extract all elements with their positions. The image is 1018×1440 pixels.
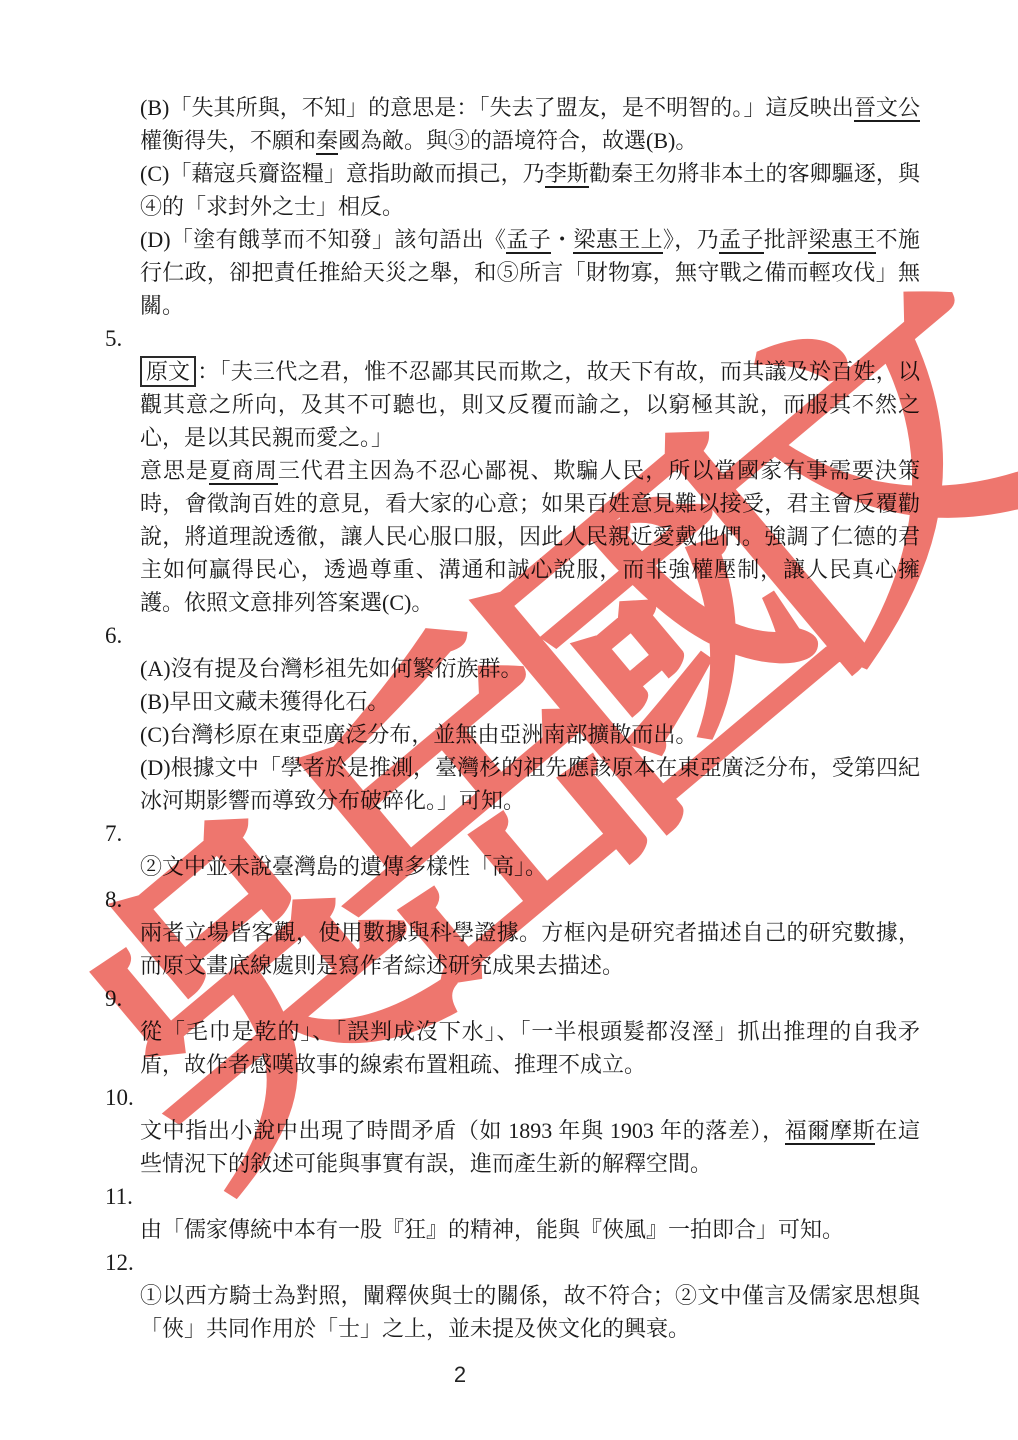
page-number: 2 [0, 1362, 920, 1388]
answer-item-7: 7.②文中並未說臺灣島的遺傳多樣性「高」。 [105, 817, 920, 883]
answer-list: (B)「失其所與，不知」的意思是：「失去了盟友，是不明智的。」這反映出晉文公權衡… [105, 91, 920, 1345]
proper-noun-underlined: 福爾摩斯 [785, 1118, 876, 1145]
text-segment: 從「毛巾是乾的」、「誤判成沒下水」、「一半根頭髮都沒溼」抓出推理的自我矛盾，故作… [140, 1019, 920, 1077]
answer-paragraph: 兩者立場皆客觀，使用數據與科學證據。方框內是研究者描述自己的研究數據，而原文畫底… [140, 916, 920, 982]
text-segment: ・ [551, 227, 573, 252]
item-body: (B)「失其所與，不知」的意思是：「失去了盟友，是不明智的。」這反映出晉文公權衡… [140, 91, 920, 322]
item-number: 9. [105, 982, 920, 1015]
item-body: ①以西方騎士為對照，闡釋俠與士的關係，故不符合；②文中僅言及儒家思想與「俠」共同… [140, 1279, 920, 1345]
answer-paragraph: 從「毛巾是乾的」、「誤判成沒下水」、「一半根頭髮都沒溼」抓出推理的自我矛盾，故作… [140, 1015, 920, 1081]
answer-paragraph: (B)早田文藏未獲得化石。 [140, 685, 920, 718]
text-segment: (A)沒有提及台灣杉祖先如何繁衍族群。 [140, 656, 523, 681]
text-segment: 意思是 [140, 458, 209, 483]
item-body: 由「儒家傳統中本有一股『狂』的精神，能與『俠風』一拍即合」可知。 [140, 1213, 920, 1246]
text-segment: (C)「藉寇兵齎盜糧」意指助敵而損己，乃 [140, 161, 545, 186]
item-number: 12. [105, 1246, 920, 1279]
answer-paragraph: 原文：「夫三代之君，惟不忍鄙其民而欺之，故天下有故，而其議及於百姓，以觀其意之所… [140, 355, 920, 454]
answer-paragraph: ①以西方騎士為對照，闡釋俠與士的關係，故不符合；②文中僅言及儒家思想與「俠」共同… [140, 1279, 920, 1345]
item-number: 7. [105, 817, 920, 850]
text-segment: ①以西方騎士為對照，闡釋俠與士的關係，故不符合；②文中僅言及儒家思想與「俠」共同… [140, 1283, 920, 1341]
text-segment: 權衡得失，不願和 [140, 128, 316, 153]
text-segment: (C)台灣杉原在東亞廣泛分布，並無由亞洲南部擴散而出。 [140, 722, 697, 747]
answer-paragraph: (A)沒有提及台灣杉祖先如何繁衍族群。 [140, 652, 920, 685]
answer-item-8: 8.兩者立場皆客觀，使用數據與科學證據。方框內是研究者描述自己的研究數據，而原文… [105, 883, 920, 982]
proper-noun-underlined: 孟子 [506, 227, 551, 254]
item-body: 文中指出小說中出現了時間矛盾（如 1893 年與 1903 年的落差），福爾摩斯… [140, 1114, 920, 1180]
answer-item-12: 12.①以西方騎士為對照，闡釋俠與士的關係，故不符合；②文中僅言及儒家思想與「俠… [105, 1246, 920, 1345]
proper-noun-underlined: 李斯 [545, 161, 589, 188]
item-number: 5. [105, 322, 920, 355]
text-segment: 兩者立場皆客觀，使用數據與科學證據。方框內是研究者描述自己的研究數據，而原文畫底… [140, 920, 920, 978]
item-number: 10. [105, 1081, 920, 1114]
proper-noun-underlined: 梁惠王上 [573, 227, 662, 254]
answer-paragraph: (B)「失其所與，不知」的意思是：「失去了盟友，是不明智的。」這反映出晉文公權衡… [140, 91, 920, 157]
item-body: 從「毛巾是乾的」、「誤判成沒下水」、「一半根頭髮都沒溼」抓出推理的自我矛盾，故作… [140, 1015, 920, 1081]
answer-paragraph: 意思是夏商周三代君主因為不忍心鄙視、欺騙人民，所以當國家有事需要決策時，會徵詢百… [140, 454, 920, 619]
answer-paragraph: (C)「藉寇兵齎盜糧」意指助敵而損己，乃李斯勸秦王勿將非本土的客卿驅逐，與④的「… [140, 157, 920, 223]
text-segment: (B)「失其所與，不知」的意思是：「失去了盟友，是不明智的。」這反映出 [140, 95, 854, 120]
answer-item-5: 5.原文：「夫三代之君，惟不忍鄙其民而欺之，故天下有故，而其議及於百姓，以觀其意… [105, 322, 920, 619]
item-number: 8. [105, 883, 920, 916]
item-body: 兩者立場皆客觀，使用數據與科學證據。方框內是研究者描述自己的研究數據，而原文畫底… [140, 916, 920, 982]
item-body: 原文：「夫三代之君，惟不忍鄙其民而欺之，故天下有故，而其議及於百姓，以觀其意之所… [140, 355, 920, 619]
proper-noun-underlined: 孟子 [719, 227, 764, 254]
answer-item-11: 11.由「儒家傳統中本有一股『狂』的精神，能與『俠風』一拍即合」可知。 [105, 1180, 920, 1246]
item-number: 6. [105, 619, 920, 652]
proper-noun-underlined: 梁惠王 [808, 227, 875, 254]
answer-paragraph: (D)根據文中「學者於是推測，臺灣杉的祖先應該原本在東亞廣泛分布，受第四紀冰河期… [140, 751, 920, 817]
text-segment: 文中指出小說中出現了時間矛盾（如 1893 年與 1903 年的落差）， [140, 1118, 785, 1143]
proper-noun-underlined: 秦 [316, 128, 338, 155]
text-segment: 》，乃 [663, 227, 719, 252]
item-body: ②文中並未說臺灣島的遺傳多樣性「高」。 [140, 850, 920, 883]
text-segment: 國為敵。與③的語境符合，故選(B)。 [338, 128, 697, 153]
text-segment: ：「夫三代之君，惟不忍鄙其民而欺之，故天下有故，而其議及於百姓，以觀其意之所向，… [140, 359, 920, 450]
item-number: 11. [105, 1180, 920, 1213]
answer-item-options: (B)「失其所與，不知」的意思是：「失去了盟友，是不明智的。」這反映出晉文公權衡… [105, 91, 920, 322]
proper-noun-underlined: 夏商周 [209, 458, 278, 485]
text-segment: (D)根據文中「學者於是推測，臺灣杉的祖先應該原本在東亞廣泛分布，受第四紀冰河期… [140, 755, 920, 813]
text-segment: ②文中並未說臺灣島的遺傳多樣性「高」。 [140, 854, 547, 879]
answer-paragraph: 文中指出小說中出現了時間矛盾（如 1893 年與 1903 年的落差），福爾摩斯… [140, 1114, 920, 1180]
text-segment: 批評 [764, 227, 809, 252]
boxed-label: 原文 [140, 356, 196, 387]
text-segment: 由「儒家傳統中本有一股『狂』的精神，能與『俠風』一拍即合」可知。 [140, 1217, 844, 1242]
answer-item-6: 6.(A)沒有提及台灣杉祖先如何繁衍族群。(B)早田文藏未獲得化石。(C)台灣杉… [105, 619, 920, 817]
text-segment: (D)「塗有餓莩而不知發」該句語出《 [140, 227, 506, 252]
answer-item-10: 10.文中指出小說中出現了時間矛盾（如 1893 年與 1903 年的落差），福… [105, 1081, 920, 1180]
item-body: (A)沒有提及台灣杉祖先如何繁衍族群。(B)早田文藏未獲得化石。(C)台灣杉原在… [140, 652, 920, 817]
answer-paragraph: 由「儒家傳統中本有一股『狂』的精神，能與『俠風』一拍即合」可知。 [140, 1213, 920, 1246]
answer-paragraph: (D)「塗有餓莩而不知發」該句語出《孟子・梁惠王上》，乃孟子批評梁惠王不施行仁政… [140, 223, 920, 322]
answer-paragraph: (C)台灣杉原在東亞廣泛分布，並無由亞洲南部擴散而出。 [140, 718, 920, 751]
answer-item-9: 9.從「毛巾是乾的」、「誤判成沒下水」、「一半根頭髮都沒溼」抓出推理的自我矛盾，… [105, 982, 920, 1081]
proper-noun-underlined: 晉文公 [854, 95, 920, 122]
text-segment: (B)早田文藏未獲得化石。 [140, 689, 389, 714]
answer-paragraph: ②文中並未說臺灣島的遺傳多樣性「高」。 [140, 850, 920, 883]
document-page: (B)「失其所與，不知」的意思是：「失去了盟友，是不明智的。」這反映出晉文公權衡… [0, 0, 1018, 1440]
